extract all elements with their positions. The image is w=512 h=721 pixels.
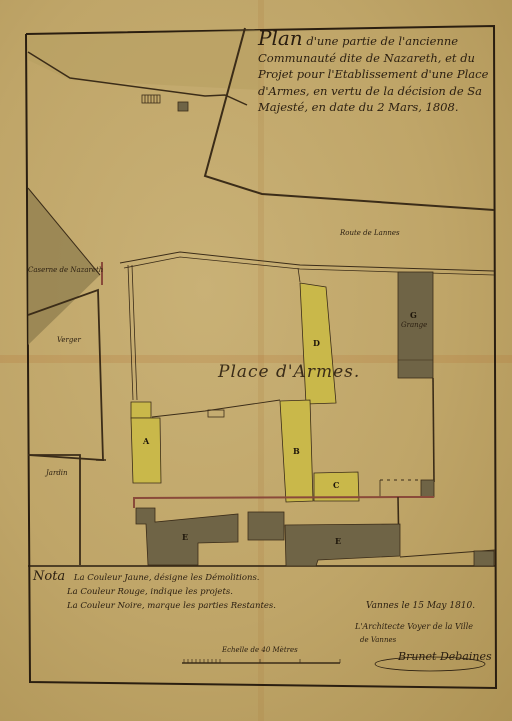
title-first-word: Plan (258, 26, 303, 50)
building-b-label: B (293, 446, 300, 456)
caserne-label: Caserne de Nazareth (28, 266, 103, 274)
legend-line-black: La Couleur Noire, marque les parties Res… (67, 599, 276, 613)
verger-label: Verger (57, 336, 81, 344)
nota-heading: Nota (33, 569, 65, 584)
building-a-label: A (143, 436, 149, 446)
legend-line-yellow: La Couleur Jaune, désigne les Démolition… (74, 573, 260, 583)
jardin-label: Jardin (46, 469, 68, 477)
place-darmes-label: Place d'Armes. (218, 362, 360, 382)
legend-note: Nota La Couleur Jaune, désigne les Démol… (33, 570, 276, 613)
building-d-label: D (313, 338, 320, 348)
signature-role-line2: de Vannes (360, 636, 396, 644)
legend-line-red: La Couleur Rouge, indique les projets. (67, 585, 276, 599)
grange-label: Grange (401, 321, 427, 329)
building-g-label: G (410, 310, 417, 320)
building-e2-label: E (335, 536, 341, 546)
map-title: Plan d'une partie de l'ancienne Communau… (258, 30, 498, 116)
building-c-label: C (333, 480, 339, 490)
scale-label: Echelle de 40 Mètres (222, 646, 298, 654)
building-e1-label: E (182, 532, 188, 542)
signature-date: Vannes le 15 May 1810. (366, 601, 475, 611)
signature-role-line1: L'Architecte Voyer de la Ville (355, 622, 473, 631)
road-label: Route de Lannes (340, 229, 400, 237)
signature-name: Brunet Debaines (398, 650, 492, 663)
